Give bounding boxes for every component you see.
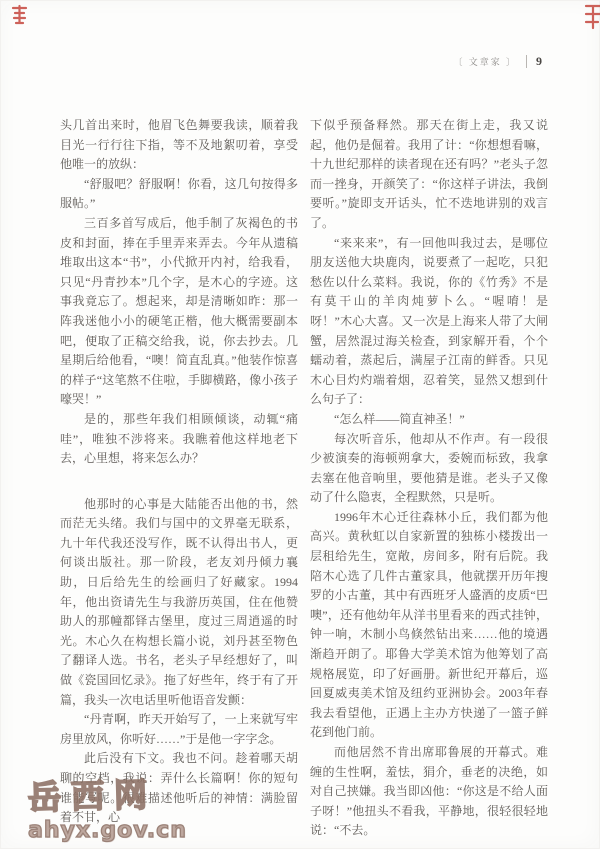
section-label: 〔 文章家 〕 (453, 55, 517, 68)
paragraph: 是的，那些年我们相顾倾谈，动辄“痛哇”，唯独不涉将来。我瞧着他这样地老下去，心里… (60, 410, 298, 469)
red-stamp-icon (584, 2, 600, 32)
section-break (60, 469, 298, 495)
red-stamp-icon (10, 3, 30, 27)
paragraph: 此后没有下文。我也不问。趁着哪天胡聊的空档，我说：弄什么长篇啊！你的短句谁能写呢… (60, 749, 298, 827)
paragraph: “丹青啊，昨天开始写了，一上来就写牢房里放风，你听好……”于是他一字字念。 (60, 710, 298, 749)
paragraph: 而他居然不肯出席耶鲁展的开幕式。难缠的生性啊，羞怯，狷介，垂老的决绝，如对自己挟… (310, 743, 548, 836)
header-divider (526, 55, 527, 68)
paragraph: “来来来”，有一回他叫我过去，是哪位朋友送他大块鹿肉，说要煮了一起吃，只犯愁佐以… (310, 234, 548, 410)
text-column-left: 头几首出来时，他眉飞色舞要我读，顺着我目光一行行往下指，等不及地絮叨着，享受他唯… (60, 116, 298, 836)
red-stamp-fragment-top-right (584, 2, 600, 37)
page-header: 〔 文章家 〕 9 (453, 54, 542, 69)
paragraph: “怎么样——简直神圣！” (310, 410, 548, 430)
scanned-page: 〔 文章家 〕 9 头几首出来时，他眉飞色舞要我读，顺着我目光一行行往下指，等不… (0, 0, 600, 849)
paragraph: 下似乎预备释然。那天在街上走，我又说起，他仍是倔着。我用了计：“你想想看嘛，十九… (310, 116, 548, 234)
page-number: 9 (536, 54, 542, 69)
paragraph: 三百多首写成后，他手制了灰褐色的书皮和封面，捧在手里弄来弄去。今年从遗稿堆取出这… (60, 214, 298, 410)
paragraph: “舒服吧？舒服啊！你看，这几句按得多服帖。” (60, 175, 298, 214)
text-column-right: 下似乎预备释然。那天在街上走，我又说起，他仍是倔着。我用了计：“你想想看嘛，十九… (310, 116, 548, 836)
red-stamp-fragment-top-left (10, 3, 30, 32)
text-body: 头几首出来时，他眉飞色舞要我读，顺着我目光一行行往下指，等不及地絮叨着，享受他唯… (60, 116, 548, 836)
paragraph: 他那时的心事是大陆能否出他的书，然而茫无头绪。我们与国中的文界毫无联系，九十年代… (60, 495, 298, 711)
paragraph: 每次听音乐，他却从不作声。有一段很少被演奏的海顿朔拿大，委婉而标致，我拿去塞在他… (310, 430, 548, 508)
paragraph: 1996年木心迁往森林小丘，我们都为他高兴。黄秋虹以自家新置的独栋小楼拨出一层租… (310, 508, 548, 743)
paragraph: 头几首出来时，他眉飞色舞要我读，顺着我目光一行行往下指，等不及地絮叨着，享受他唯… (60, 116, 298, 175)
